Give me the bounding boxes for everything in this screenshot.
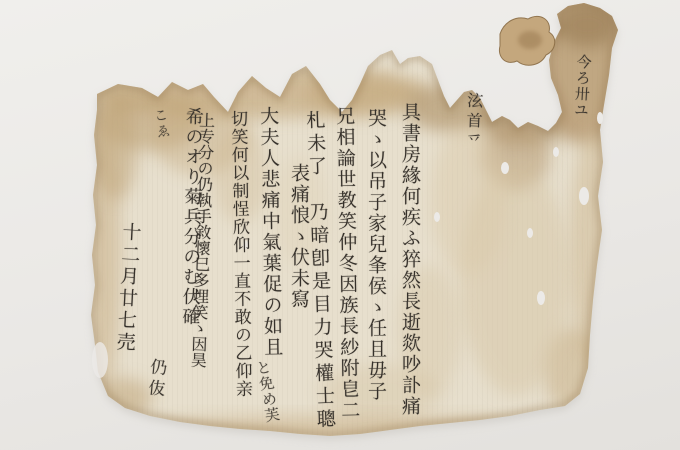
torn-flap xyxy=(499,16,554,65)
photo-background: 今ろ卅ユ泫首乊具書房緣何疾ふ猝然長逝欻吵訃痛哭ゝ以吊子家兒夆侯ゝ任且毋子兄相論世… xyxy=(0,0,680,450)
manuscript-paper-graphic xyxy=(0,0,680,450)
